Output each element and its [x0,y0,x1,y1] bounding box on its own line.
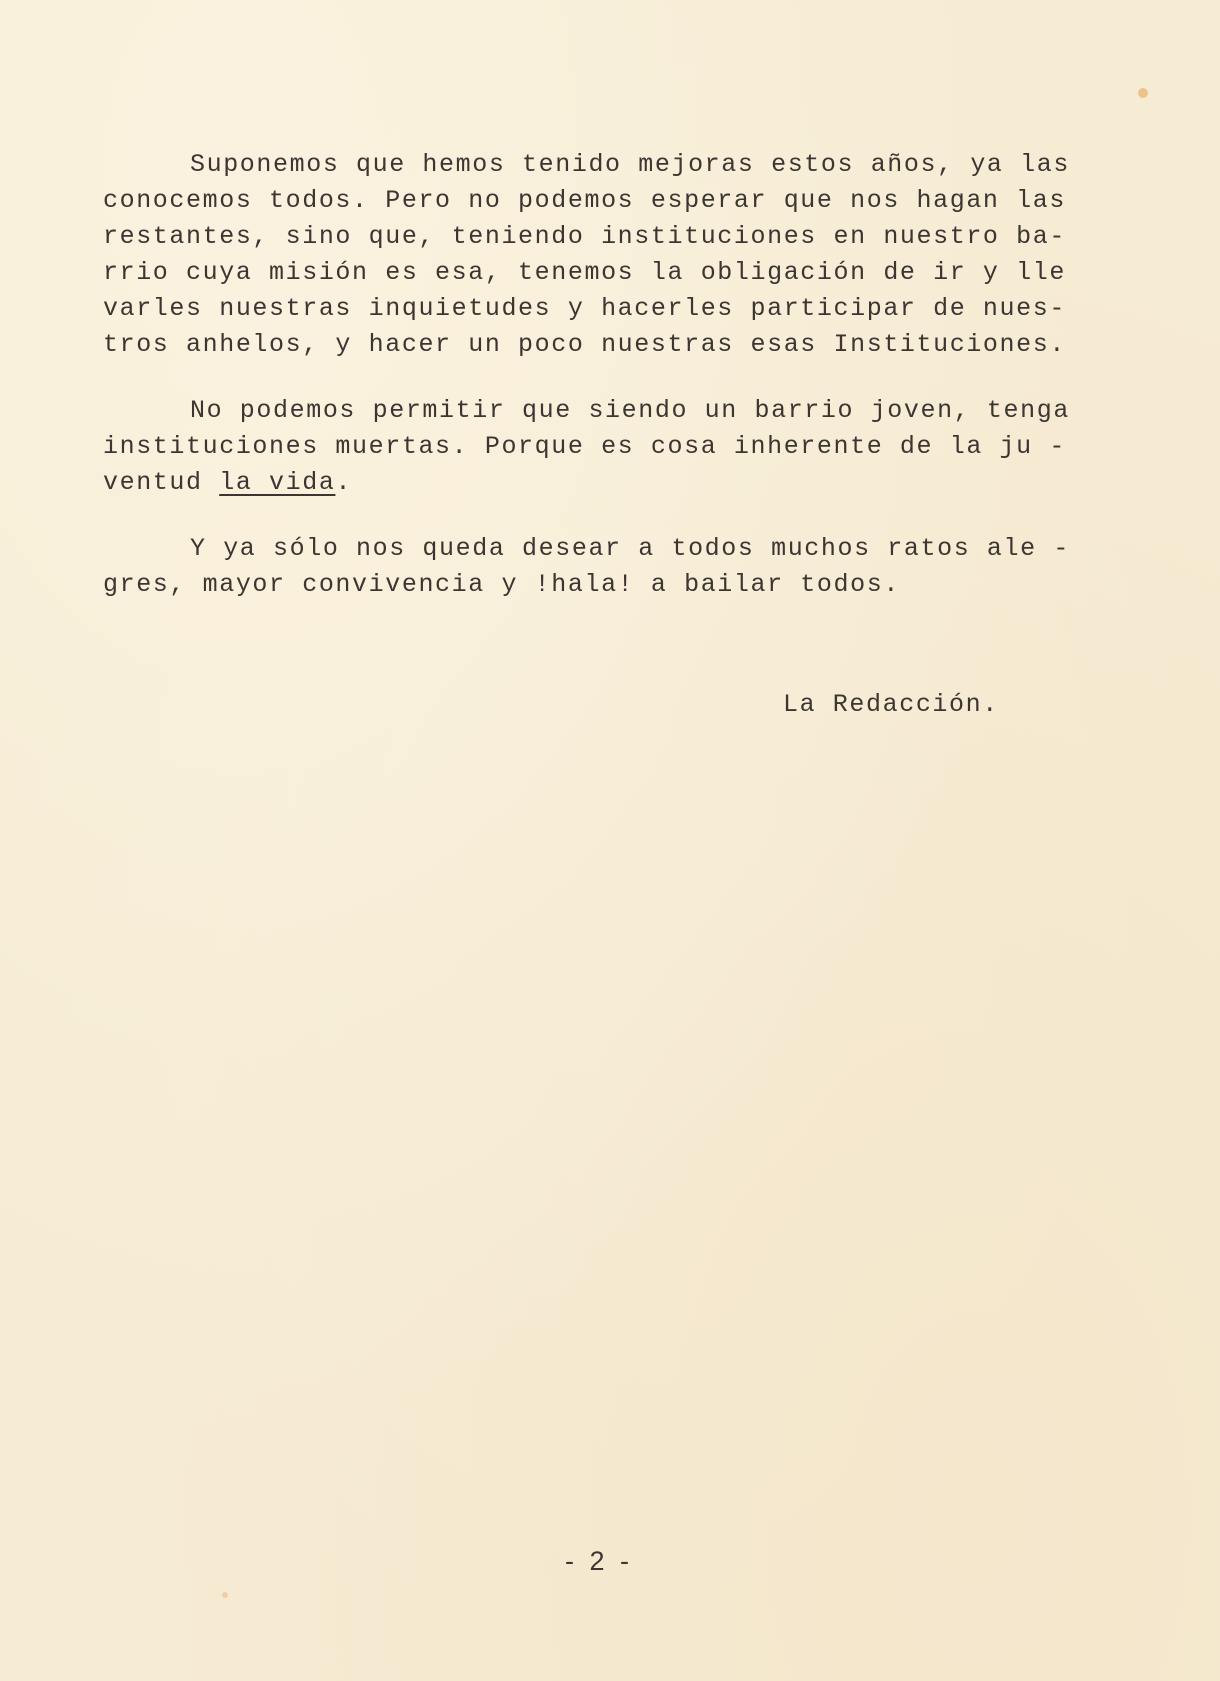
paper-stain [222,1592,228,1598]
page-number: - 2 - [565,1548,633,1575]
paragraph-1-line-6: tros anhelos, y hacer un poco nuestras e… [103,332,1066,357]
paragraph-1-line-2: conocemos todos. Pero no podemos esperar… [103,188,1066,213]
paragraph-1-line-3: restantes, sino que, teniendo institucio… [103,224,1066,249]
signature: La Redacción. [783,692,999,717]
paragraph-2-line-3: ventud la vida. [103,470,352,495]
paragraph-2-line-2: instituciones muertas. Porque es cosa in… [103,434,1066,459]
underlined-phrase: la vida [219,468,335,497]
document-page: Suponemos que hemos tenido mejoras estos… [0,0,1220,1681]
paragraph-3-line-1: Y ya sólo nos queda desear a todos mucho… [190,536,1070,561]
paragraph-3-line-2: gres, mayor convivencia y !hala! a baila… [103,572,900,597]
paragraph-2-line-1: No podemos permitir que siendo un barrio… [190,398,1070,423]
paper-stain [1138,88,1148,98]
paragraph-1-line-1: Suponemos que hemos tenido mejoras estos… [190,152,1070,177]
period: . [335,468,352,497]
paragraph-2-text: ventud [103,468,219,497]
paragraph-1-line-4: rrio cuya misión es esa, tenemos la obli… [103,260,1066,285]
paragraph-1-line-5: varles nuestras inquietudes y hacerles p… [103,296,1066,321]
